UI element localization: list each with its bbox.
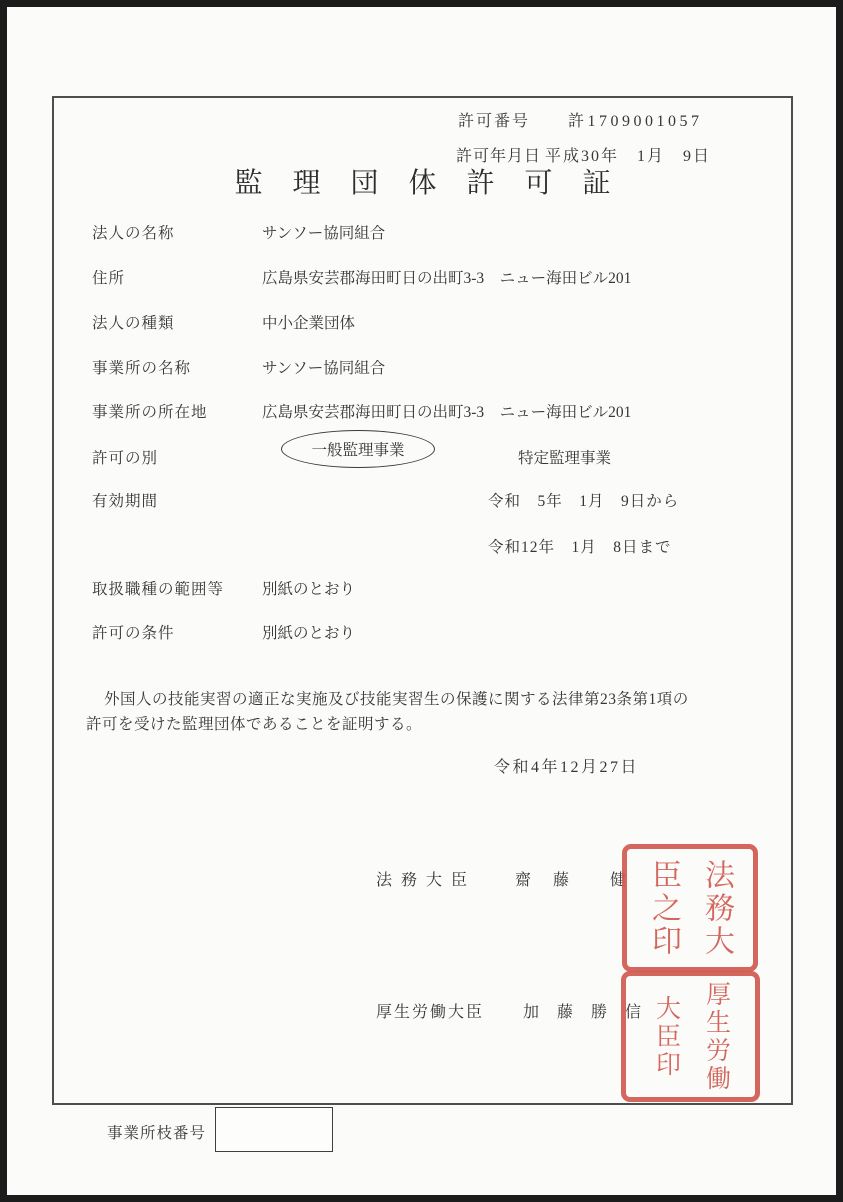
validity-label: 有効期間	[92, 489, 158, 511]
justice-minister-title: 法務大臣	[376, 867, 476, 890]
health-seal-text: 厚生労働 大臣印	[641, 981, 741, 1093]
validity-from: 令和 5年 1月 9日から	[488, 489, 679, 511]
issue-date: 令和4年12月27日	[494, 754, 639, 777]
scope-label: 取扱職種の範囲等	[92, 577, 224, 599]
branch-number-box	[215, 1107, 333, 1152]
statement-line-2: 許可を受けた監理団体であることを証明する。	[86, 712, 422, 734]
field-label-office-location: 事業所の所在地	[92, 400, 208, 422]
branch-number-label: 事業所枝番号	[107, 1121, 206, 1143]
health-minister-seal-icon: 厚生労働 大臣印	[621, 971, 760, 1102]
field-label-address: 住所	[92, 266, 125, 288]
field-value-office-location: 広島県安芸郡海田町日の出町3-3 ニュー海田ビル201	[262, 400, 631, 422]
justice-minister-name: 齋 藤 健	[515, 867, 629, 890]
scope-value: 別紙のとおり	[262, 577, 355, 599]
conditions-label: 許可の条件	[92, 621, 175, 643]
justice-seal-text: 法務大 臣之印	[637, 859, 743, 958]
field-value-corporate-type: 中小企業団体	[262, 311, 355, 333]
conditions-value: 別紙のとおり	[262, 621, 355, 643]
permit-type-label: 許可の別	[92, 446, 158, 468]
selected-permit-type-circle: 一般監理事業	[281, 430, 435, 468]
health-minister-title: 厚生労働大臣	[376, 999, 484, 1022]
document-title: 監理団体許可証	[52, 161, 793, 201]
field-value-corporate-name: サンソー協同組合	[262, 221, 385, 243]
field-label-corporate-type: 法人の種類	[92, 311, 175, 333]
scanned-certificate-page: 許可番号 許1709001057 許可年月日 平成30年 1月 9日 監理団体許…	[0, 0, 843, 1202]
field-label-corporate-name: 法人の名称	[92, 221, 175, 243]
validity-to: 令和12年 1月 8日まで	[488, 535, 672, 557]
field-value-address: 広島県安芸郡海田町日の出町3-3 ニュー海田ビル201	[262, 266, 631, 288]
justice-minister-seal-icon: 法務大 臣之印	[622, 844, 758, 972]
field-value-office-name: サンソー協同組合	[262, 356, 385, 378]
permit-number-value: 許1709001057	[568, 108, 703, 131]
permit-type-selected: 一般監理事業	[311, 438, 404, 460]
field-label-office-name: 事業所の名称	[92, 356, 191, 378]
permit-type-unselected: 特定監理事業	[518, 446, 611, 468]
permit-number-label: 許可番号	[458, 108, 530, 131]
statement-line-1: 外国人の技能実習の適正な実施及び技能実習生の保護に関する法律第23条第1項の	[104, 687, 689, 709]
